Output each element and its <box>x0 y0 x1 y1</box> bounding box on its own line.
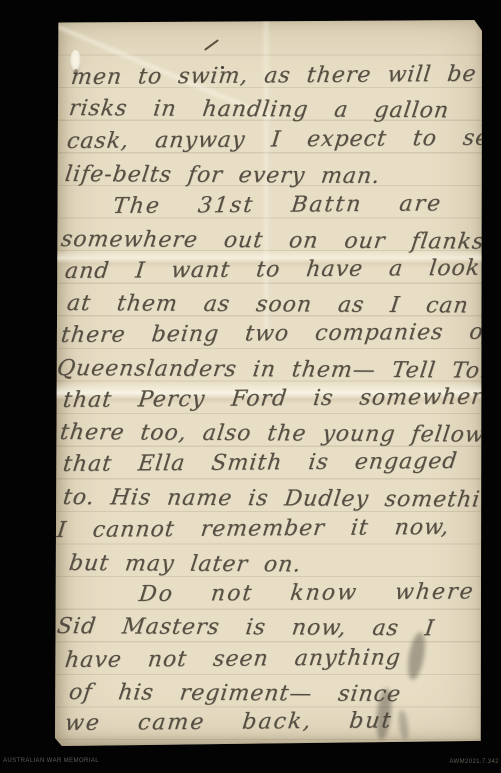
handwritten-line: have not seen anything <box>64 645 403 674</box>
handwritten-line: there too, also the young fellow <box>58 420 486 449</box>
scanned-letter-viewer: men to swim, as there will be risks in h… <box>0 0 501 773</box>
handwritten-line: but may later on. <box>67 551 303 578</box>
handwritten-line: we came back, but <box>64 708 394 737</box>
handwritten-line: men to swim, as there will be <box>70 62 478 91</box>
handwritten-line: and I want to have a look <box>64 256 482 285</box>
letter-paper: men to swim, as there will be risks in h… <box>55 20 482 746</box>
handwritten-line: that Percy Ford is somewhere <box>62 385 499 414</box>
handwritten-line: Queenslanders in them— Tell Tom <box>55 356 501 385</box>
handwritten-line: of his regiment— since <box>67 680 402 708</box>
handwritten-line: somewhere out on our flanks <box>59 227 486 256</box>
handwritten-line: there being two companies of <box>60 320 495 349</box>
handwritten-line: risks in handling a gallon <box>67 96 450 124</box>
handwritten-line: cask, anyway I expect to see <box>66 126 501 155</box>
handwritten-line: that Ella Smith is engaged <box>62 449 459 478</box>
handwritten-line: Sid Masters is now, as I <box>55 614 436 642</box>
handwritten-line: The 31st Battn are <box>112 191 444 220</box>
handwritten-line: at them as soon as I can <box>65 291 470 319</box>
handwritten-line: Do not know where <box>138 579 477 608</box>
archive-source-caption: AUSTRALIAN WAR MEMORIAL <box>3 758 99 764</box>
handwritten-line: life-belts for every man. <box>63 162 381 190</box>
handwritten-line: I cannot remember it now, <box>56 515 451 544</box>
handwritten-line: to. His name is Dudley something <box>61 485 501 514</box>
archive-reference-caption: AWM2021.7.342 <box>449 759 499 765</box>
